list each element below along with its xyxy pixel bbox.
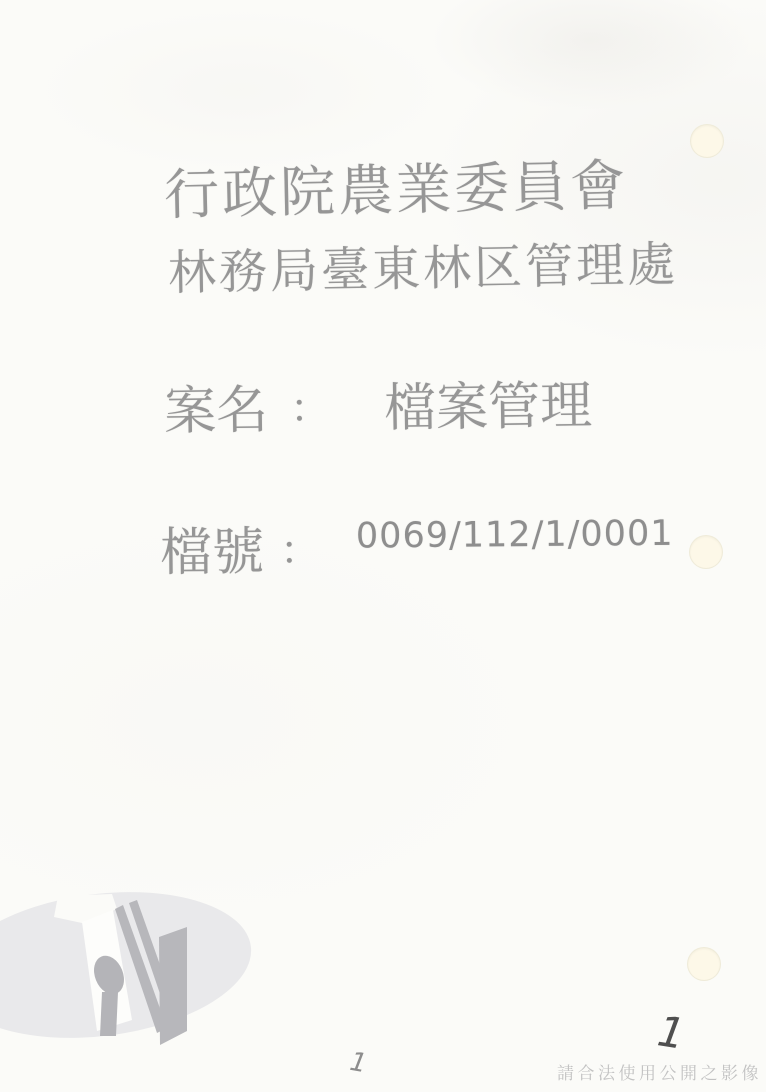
file-number-colon: ： [280, 509, 321, 576]
file-number-value: 0069/112/1/0001 [356, 506, 674, 557]
punch-hole [687, 947, 721, 981]
scanned-document-page: 行政院農業委員會 林務局臺東林区管理處 案名 ： 檔案管理 檔號 ： 0069/… [0, 0, 766, 1092]
agency-name-line2: 林務局臺東林区管理處 [167, 226, 678, 304]
punch-hole [690, 124, 724, 158]
punch-hole [689, 535, 723, 569]
tally-mark: 1 [348, 1047, 370, 1079]
case-name-value: 檔案管理 [383, 363, 592, 441]
file-number-label: 檔號 [160, 509, 265, 585]
case-name-field: 案名 ： 檔案管理 [163, 363, 592, 444]
agency-name-line1: 行政院農業委員會 [163, 141, 629, 230]
archives-book-keyhole-logo-icon [0, 880, 260, 1090]
page-number: 1 [654, 1006, 688, 1059]
case-name-colon: ： [290, 367, 331, 435]
file-number-field: 檔號 ： 0069/112/1/0001 [160, 506, 674, 585]
usage-notice-watermark: 請合法使用公開之影像 [557, 1059, 762, 1084]
case-name-label: 案名 [163, 368, 268, 444]
